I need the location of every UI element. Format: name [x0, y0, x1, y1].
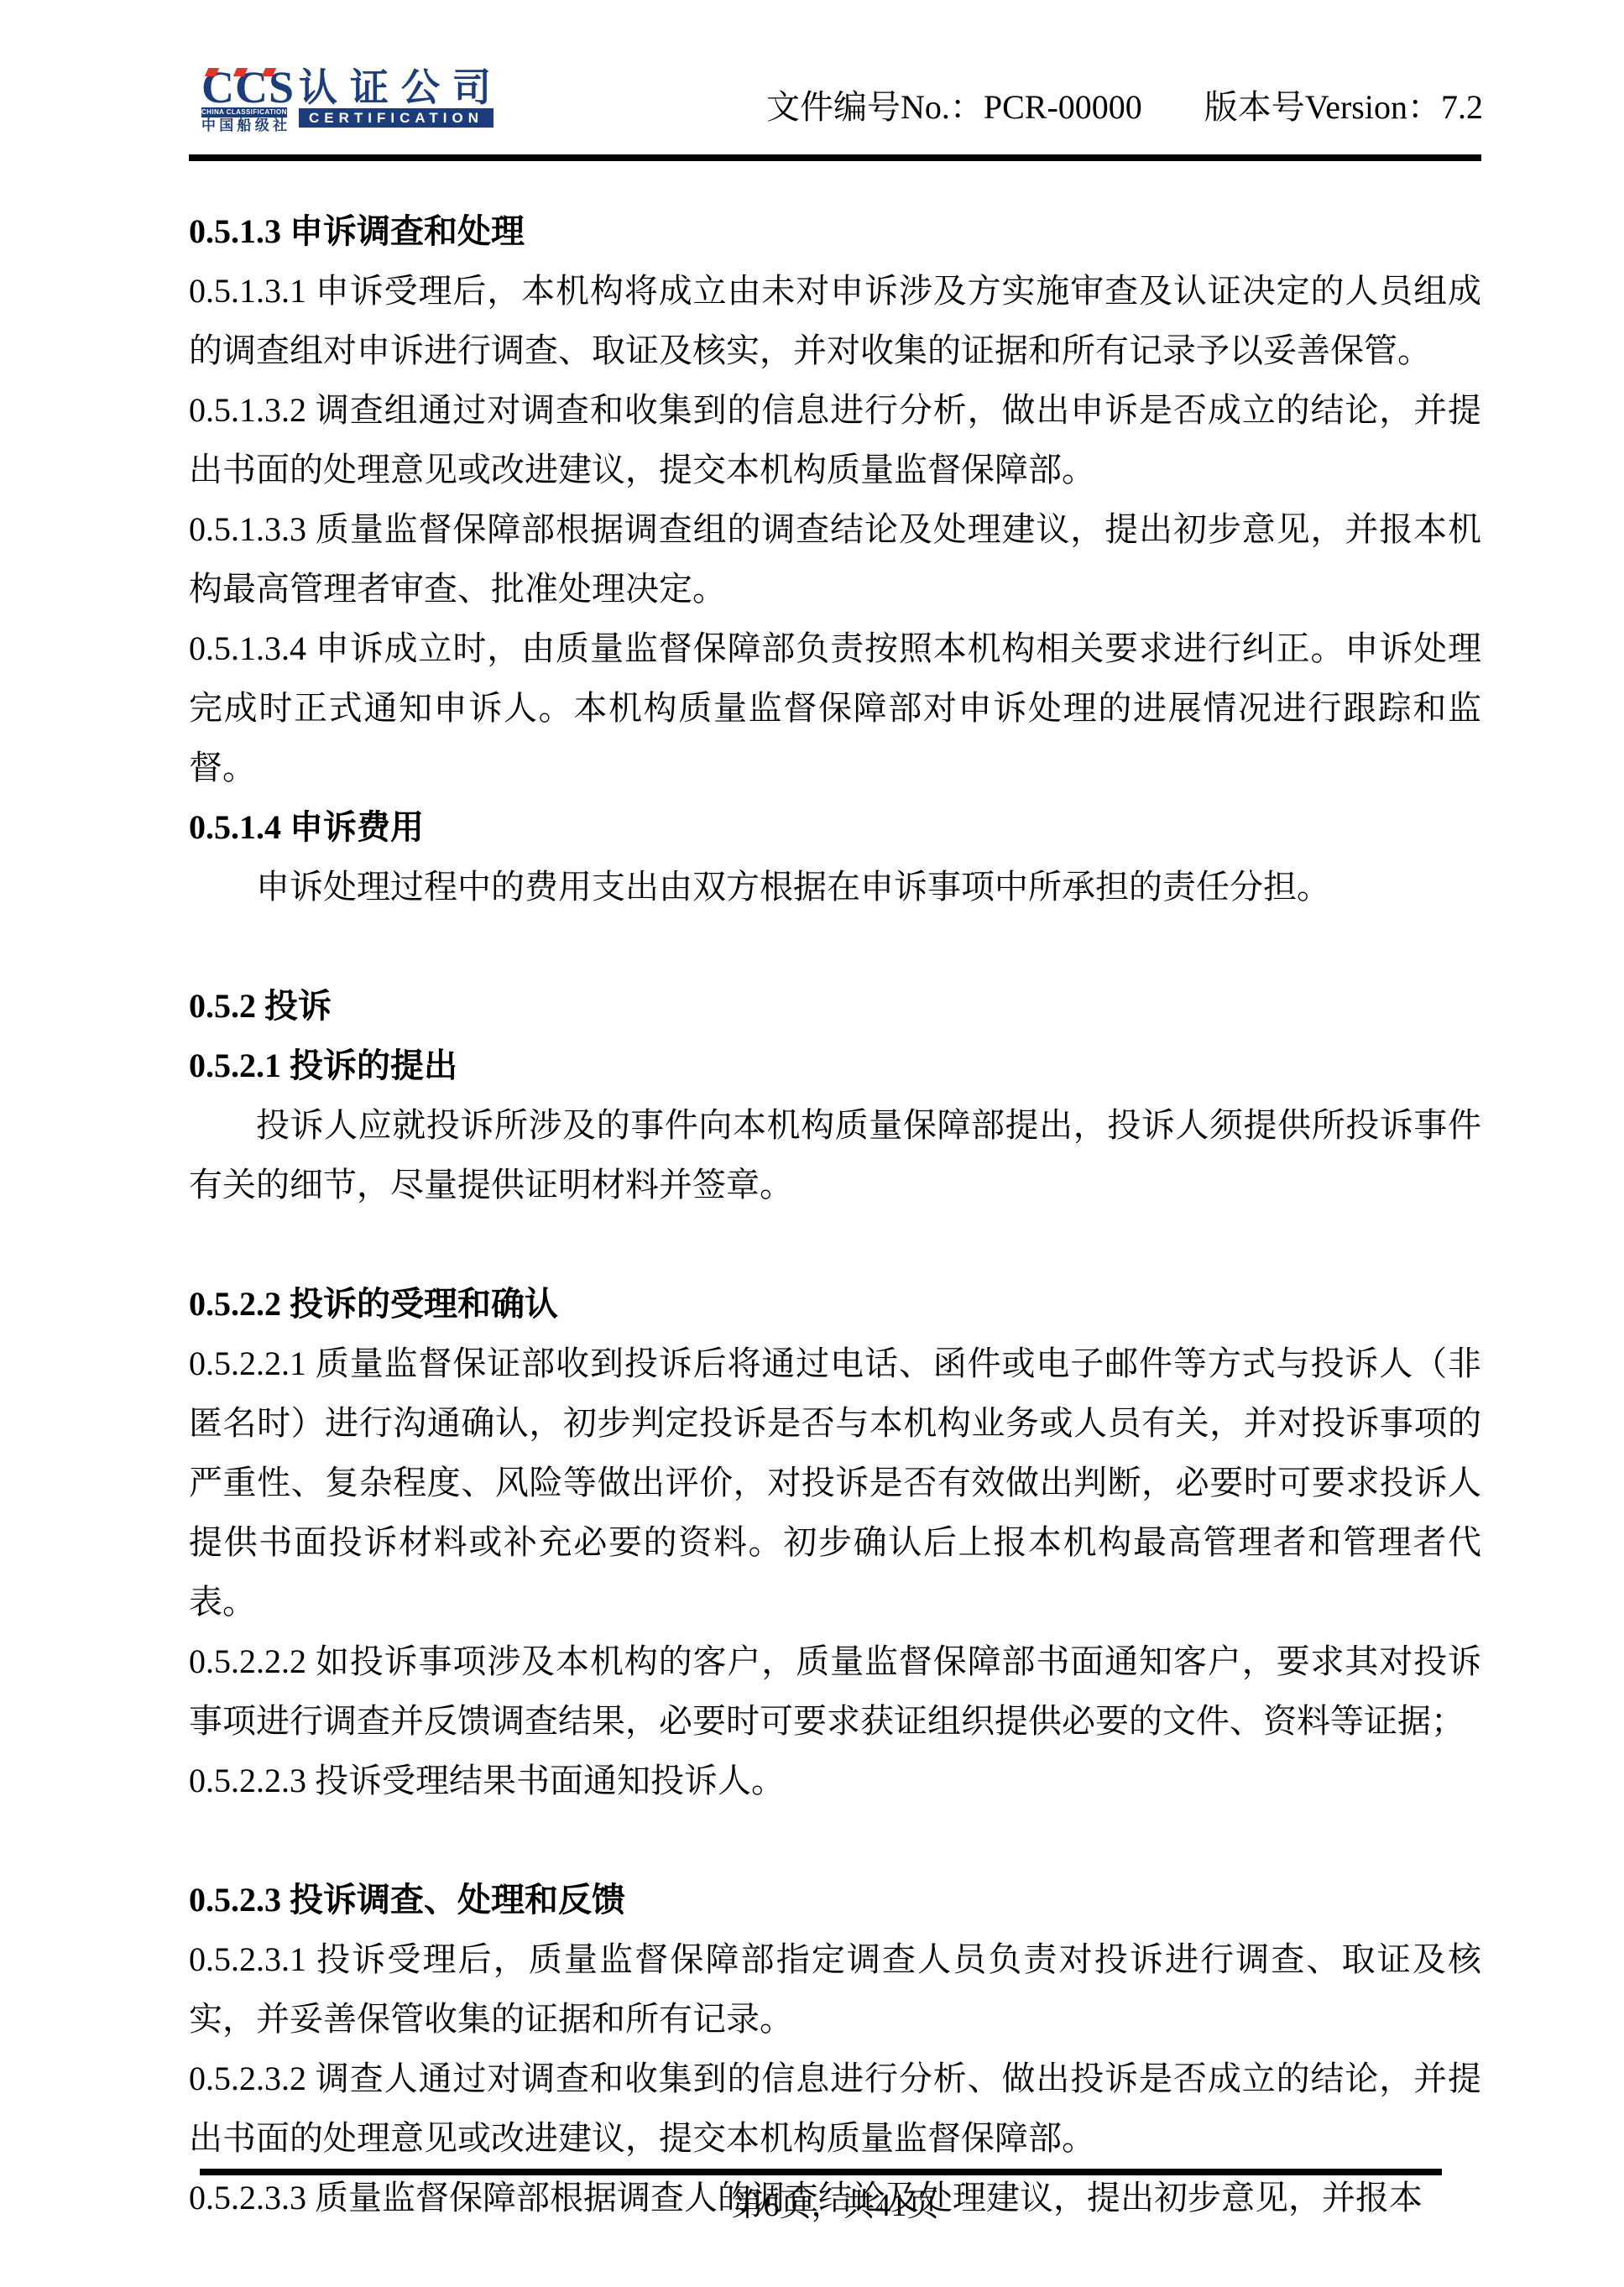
- body-paragraph: 0.5.1.3.2 调查组通过对调查和收集到的信息进行分析，做出申诉是否成立的结…: [189, 380, 1481, 499]
- section-heading: 0.5.2 投诉: [189, 976, 1481, 1036]
- ccs-logo: CCS CHINA CLASSIFICATION SOCIETY 中国船级社 认…: [201, 70, 504, 133]
- footer-divider: [200, 2169, 1442, 2175]
- document-body: 0.5.1.3 申诉调查和处理0.5.1.3.1 申诉受理后，本机构将成立由未对…: [189, 201, 1481, 2227]
- section-heading: 0.5.1.3 申诉调查和处理: [189, 201, 1481, 261]
- ccs-wordmark: CCS: [201, 70, 287, 106]
- body-paragraph: 0.5.1.3.1 申诉受理后，本机构将成立由未对申诉涉及方实施审查及认证决定的…: [189, 261, 1481, 380]
- blank-line: [189, 1214, 1481, 1274]
- document-page: CCS CHINA CLASSIFICATION SOCIETY 中国船级社 认…: [0, 0, 1624, 2287]
- ccs-logo-right: 认证公司 CERTIFICATION: [299, 70, 504, 128]
- document-number: 文件编号No.：PCR-00000: [766, 88, 1142, 126]
- body-paragraph: 0.5.2.2.1 质量监督保证部收到投诉后将通过电话、函件或电子邮件等方式与投…: [189, 1334, 1481, 1632]
- body-paragraph: 0.5.2.3.1 投诉受理后，质量监督保障部指定调查人员负责对投诉进行调查、取…: [189, 1929, 1481, 2049]
- body-paragraph: 0.5.2.3.2 调查人通过对调查和收集到的信息进行分析、做出投诉是否成立的结…: [189, 2049, 1481, 2168]
- header-divider: [189, 154, 1481, 161]
- blank-line: [189, 1810, 1481, 1870]
- page-number: 第6页，共41页: [189, 2180, 1481, 2231]
- section-heading: 0.5.2.2 投诉的受理和确认: [189, 1274, 1481, 1334]
- section-heading: 0.5.2.1 投诉的提出: [189, 1036, 1481, 1095]
- society-name-cn: 中国船级社: [201, 118, 287, 133]
- section-heading: 0.5.2.3 投诉调查、处理和反馈: [189, 1870, 1481, 1929]
- version-number: 版本号Version：7.2: [1204, 88, 1483, 126]
- document-meta: 文件编号No.：PCR-00000版本号Version：7.2: [766, 89, 1483, 126]
- body-paragraph: 申诉处理过程中的费用支出由双方根据在申诉事项中所承担的责任分担。: [189, 857, 1481, 916]
- certification-name-cn: 认证公司: [299, 70, 504, 106]
- body-paragraph: 0.5.1.3.3 质量监督保障部根据调查组的调查结论及处理建议，提出初步意见，…: [189, 499, 1481, 619]
- section-heading: 0.5.1.4 申诉费用: [189, 797, 1481, 857]
- body-paragraph: 0.5.2.2.3 投诉受理结果书面通知投诉人。: [189, 1751, 1481, 1810]
- body-paragraph: 0.5.2.2.2 如投诉事项涉及本机构的客户，质量监督保障部书面通知客户，要求…: [189, 1632, 1481, 1751]
- body-paragraph: 投诉人应就投诉所涉及的事件向本机构质量保障部提出，投诉人须提供所投诉事件有关的细…: [189, 1095, 1481, 1214]
- ccs-logo-left: CCS CHINA CLASSIFICATION SOCIETY 中国船级社: [201, 70, 287, 133]
- blank-line: [189, 916, 1481, 976]
- body-paragraph: 0.5.1.3.4 申诉成立时，由质量监督保障部负责按照本机构相关要求进行纠正。…: [189, 619, 1481, 797]
- certification-banner-en: CERTIFICATION: [299, 108, 493, 128]
